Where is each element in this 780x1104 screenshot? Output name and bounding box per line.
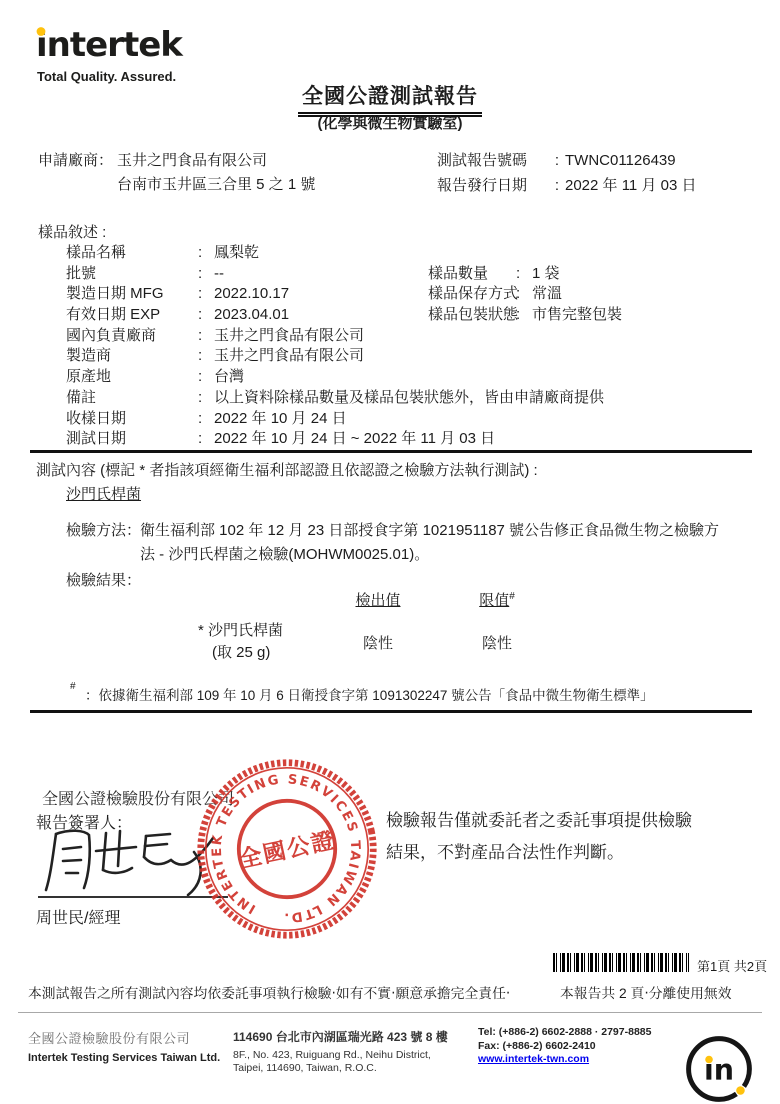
result-label: 檢驗結果： [66,569,141,590]
website-link[interactable]: www.intertek-twn.com [478,1053,589,1065]
sample-row: 樣品包裝狀態:市售完整包裝 [428,305,622,326]
sample-row: 樣品保存方式:常溫 [428,284,622,305]
intertek-roundel-icon: in [681,1031,757,1104]
applicant-address: 台南市玉井區三合里 5 之 1 號 [38,173,315,197]
logo-yellow-dot-icon [37,27,46,36]
certified-mark: * [198,622,204,639]
page-info: 第1頁 共2頁 [697,956,767,975]
sample-side-fields: 樣品數量:1 袋 樣品保存方式:常溫 樣品包裝狀態:市售完整包裝 [428,264,622,326]
issue-date-value: 2022 年 11 月 03 日 [565,177,696,194]
footnote-mark: # [70,681,76,692]
sample-row: 測試日期:2022 年 10 月 24 日 ~ 2022 年 11 月 03 日 [66,429,604,450]
section-divider [30,710,752,713]
sample-row: 收樣日期:2022 年 10 月 24 日 [66,409,604,430]
intertek-logo-icon: intertek [34,20,204,66]
sample-row: 製造商:玉井之門食品有限公司 [66,346,604,367]
intertek-wordmark: intertek [36,25,184,65]
sample-section-title: 樣品敘述 : [38,221,106,242]
report-number-value: TWNC01126439 [565,152,676,169]
sample-row: 樣品數量:1 袋 [428,264,622,285]
footnote-text: ：依據衛生福利部 109 年 10 月 6 日衛授食字第 1091302247 … [85,684,747,704]
footer-address-block: 114690 台北市內湖區瑞光路 423 號 8 樓 8F., No. 423,… [233,1028,448,1075]
footer-company-cn: 全國公證檢驗股份有限公司 [28,1028,220,1047]
report-meta-block: 測試報告號碼:TWNC01126439 報告發行日期:2022 年 11 月 0… [437,149,696,198]
sample-row: 備註:以上資料除樣品數量及樣品包裝狀態外，皆由申請廠商提供 [66,388,604,409]
footer-fax: Fax: (+886-2) 6602-2410 [478,1040,651,1054]
barcode-icon [553,953,689,972]
footer-contact-block: Tel: (+886-2) 6602-2888 · 2797-8885 Fax:… [478,1026,651,1067]
result-row-item: * 沙門氏桿菌 (取 25 g) [198,620,283,664]
footer-divider [18,1012,762,1013]
stamp-center-text: 全國公證 [236,827,337,874]
report-subtitle: (化學與微生物實驗室) [318,115,463,132]
issue-date-label: 報告發行日期 [437,174,549,199]
test-content-intro: 測試內容 (標記 * 者指該項經衛生福利部認證且依認證之檢驗方法執行測試) : [36,459,538,480]
bottom-note-right: 本報告共 2 頁‧分離使用無效 [560,982,732,1002]
intertek-brand: intertek Total Quality. Assured. [34,20,204,84]
footer-tel: Tel: (+886-2) 6602-2888 · 2797-8885 [478,1026,651,1040]
section-divider [30,450,752,453]
footer-address-cn: 114690 台北市內湖區瑞光路 423 號 8 樓 [233,1028,448,1045]
sample-row: 樣品名稱:鳳梨乾 [66,243,604,264]
item-subname: (取 25 g) [198,642,283,664]
footer-company-en: Intertek Testing Services Taiwan Ltd. [28,1052,220,1064]
report-number-row: 測試報告號碼:TWNC01126439 [437,149,696,174]
roundel-i-dot-icon [705,1056,713,1064]
method-label: 檢驗方法： [66,519,141,540]
bottom-note-left: 本測試報告之所有測試內容均依委託事項執行檢驗‧如有不實‧願意承擔完全責任‧ [28,982,510,1002]
sample-row: 原產地:台灣 [66,367,604,388]
company-seal-stamp-icon: INTERTEK TESTING SERVICES TAIWAN LTD. 全國… [194,756,380,942]
detected-value: 陰性 [363,632,393,653]
footer-address-en2: Taipei, 114690, Taiwan, R.O.C. [233,1062,448,1075]
sample-row: 國內負責廠商:玉井之門食品有限公司 [66,326,604,347]
applicant-block: 申請廠商：玉井之門食品有限公司 台南市玉井區三合里 5 之 1 號 [38,149,315,197]
column-header-detected: 檢出值 [355,589,400,610]
report-number-label: 測試報告號碼 [437,149,549,174]
limit-value: 陰性 [482,632,512,653]
footer-company-block: 全國公證檢驗股份有限公司 Intertek Testing Services T… [28,1028,220,1064]
applicant-name: 玉井之門食品有限公司 [117,152,267,169]
test-report-page: intertek Total Quality. Assured. 全國公證測試報… [0,0,780,1104]
roundel-yellow-dot-icon [736,1086,745,1095]
method-text: 衛生福利部 102 年 12 月 23 日部授食字第 1021951187 號公… [140,519,720,566]
analyte-name: 沙門氏桿菌 [66,483,141,504]
signer-name-title: 周世民/經理 [36,905,120,928]
disclaimer-text: 檢驗報告僅就委託者之委託事項提供檢驗結果，不對產品合法性作判斷。 [386,805,698,868]
applicant-label: 申請廠商： [38,149,117,173]
item-name: 沙門氏桿菌 [208,622,283,639]
footer-address-en1: 8F., No. 423, Ruiguang Rd., Neihu Distri… [233,1049,448,1062]
issue-date-row: 報告發行日期:2022 年 11 月 03 日 [437,174,696,199]
column-header-limit: 限值# [479,589,515,610]
